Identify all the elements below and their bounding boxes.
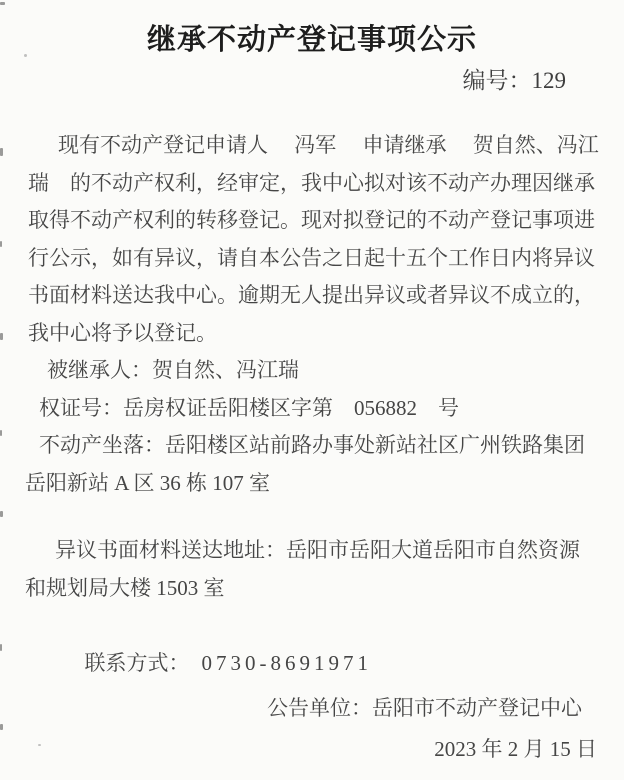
body-line: 现有不动产登记申请人 冯军 申请继承 贺自然、冯江 xyxy=(25,127,619,165)
scan-edge-mark xyxy=(0,241,2,247)
body-line: 书面材料送达我中心。逾期无人提出异议或者异议不成立的， xyxy=(25,277,619,315)
scan-speck xyxy=(24,54,27,57)
scan-edge-mark xyxy=(0,511,3,517)
objection-address-line: 和规划局大楼 1503 室 xyxy=(25,570,619,608)
objection-contact-block: 异议书面材料送达地址：岳阳市岳阳大道岳阳市自然资源 和规划局大楼 1503 室 … xyxy=(25,532,619,645)
contact-phone: 0730-8691971 xyxy=(202,651,373,675)
body-line: 行公示，如有异议，请自本公告之日起十五个工作日内将异议 xyxy=(25,240,619,278)
scan-edge-mark xyxy=(0,333,3,340)
certificate-number-line: 权证号：岳房权证岳阳楼区字第 056882 号 xyxy=(25,390,619,428)
scan-edge-mark xyxy=(0,724,3,730)
property-location-line: 岳阳新站 A 区 36 栋 107 室 xyxy=(25,465,619,503)
body-line: 取得不动产权利的转移登记。现对拟登记的不动产登记事项进 xyxy=(25,202,619,240)
issuer-line: 公告单位：岳阳市不动产登记中心 xyxy=(267,692,582,722)
doc-number: 编号：129 xyxy=(463,62,567,95)
notice-title: 继承不动产登记事项公示 xyxy=(0,17,624,58)
scan-edge-mark xyxy=(0,430,2,436)
objection-address-line: 异议书面材料送达地址：岳阳市岳阳大道岳阳市自然资源 xyxy=(25,532,619,570)
scan-edge-mark xyxy=(0,148,3,156)
notice-body: 现有不动产登记申请人 冯军 申请继承 贺自然、冯江 瑞 的不动产权利，经审定，我… xyxy=(25,127,619,502)
scan-speck xyxy=(38,744,41,746)
decedent-line: 被继承人：贺自然、冯江瑞 xyxy=(25,352,619,390)
document-page: 继承不动产登记事项公示 编号：129 现有不动产登记申请人 冯军 申请继承 贺自… xyxy=(0,0,624,780)
body-line: 瑞 的不动产权利，经审定，我中心拟对该不动产办理因继承 xyxy=(25,165,619,203)
property-location-line: 不动产坐落：岳阳楼区站前路办事处新站社区广州铁路集团 xyxy=(25,427,619,465)
contact-line: 联系方式：0730-8691971 xyxy=(25,607,619,645)
contact-label: 联系方式： xyxy=(85,651,190,675)
body-line: 我中心将予以登记。 xyxy=(25,315,619,353)
scan-edge-mark xyxy=(0,2,5,5)
date-line: 2023 年 2 月 15 日 xyxy=(434,733,597,763)
scan-edge-mark xyxy=(0,644,2,651)
